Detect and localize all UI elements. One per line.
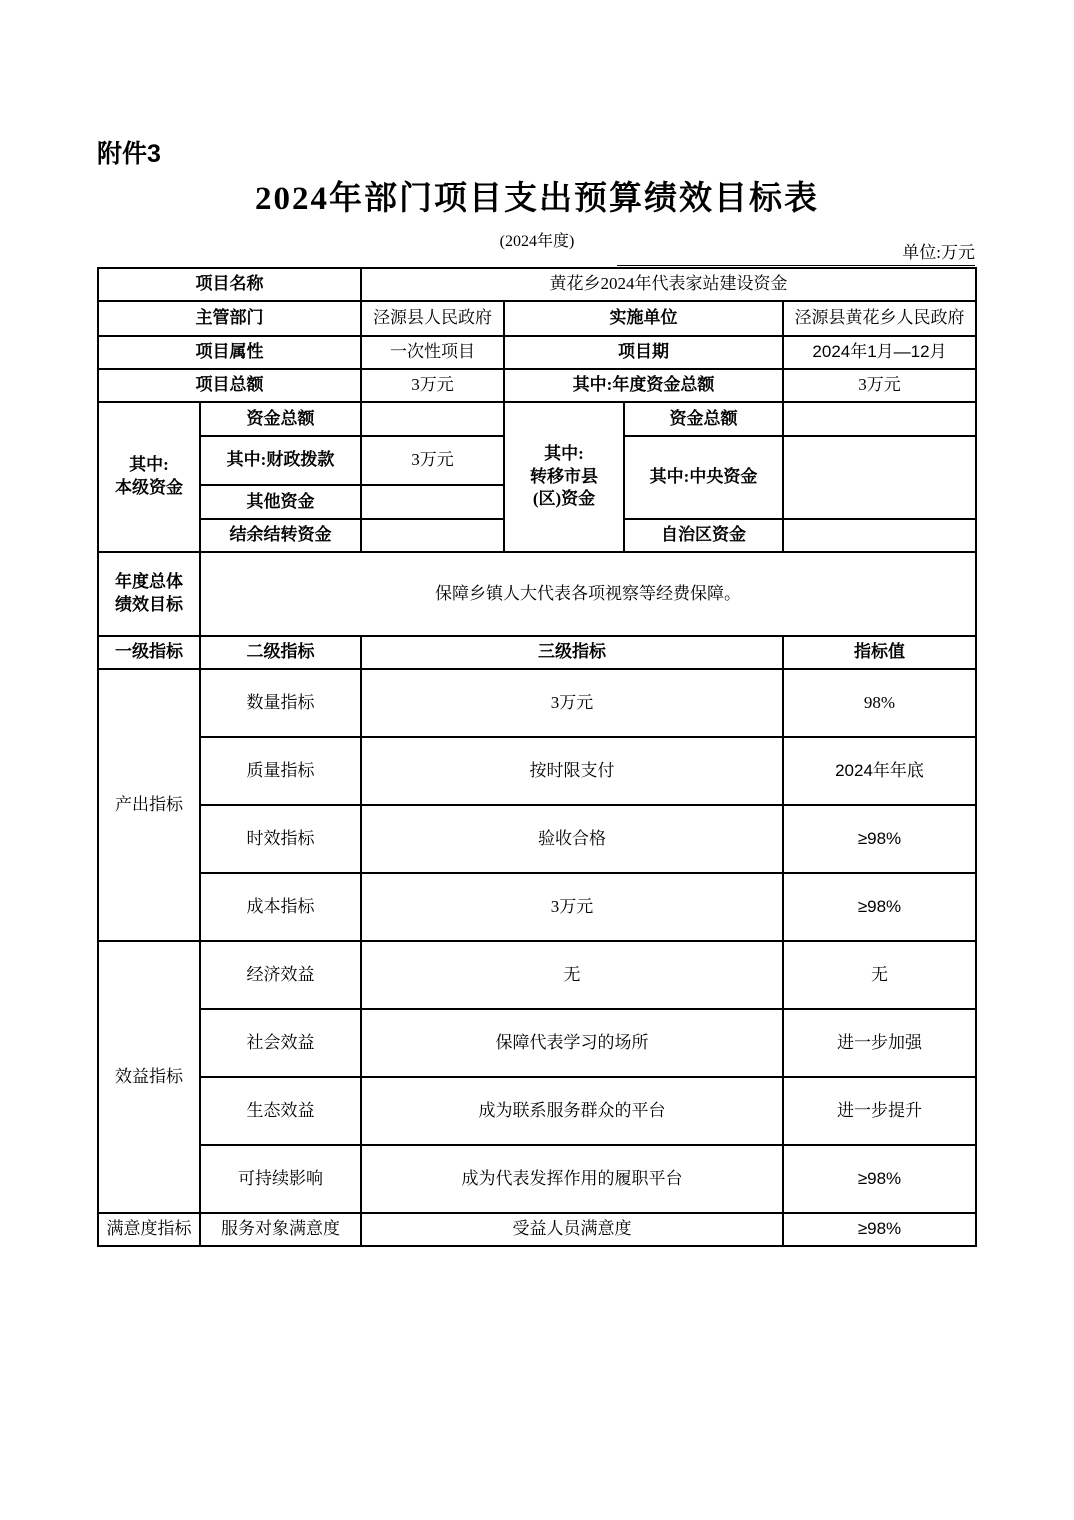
value-cell: ≥98% bbox=[783, 1213, 976, 1246]
local-funds-total-value bbox=[361, 402, 504, 436]
l3-cell: 受益人员满意度 bbox=[361, 1213, 783, 1246]
value-cell: 进一步加强 bbox=[783, 1009, 976, 1077]
fiscal-allocation-label: 其中:财政拨款 bbox=[200, 436, 361, 485]
l2-cell: 生态效益 bbox=[200, 1077, 361, 1145]
table-row: 质量指标 按时限支付 2024年年底 bbox=[98, 737, 976, 805]
other-funds-label: 其他资金 bbox=[200, 485, 361, 519]
transfer-funds-total-value bbox=[783, 402, 976, 436]
l2-cell: 时效指标 bbox=[200, 805, 361, 873]
table-row: 成本指标 3万元 ≥98% bbox=[98, 873, 976, 941]
transfer-funds-total-label: 资金总额 bbox=[624, 402, 783, 436]
impl-unit-value: 泾源县黄花乡人民政府 bbox=[783, 301, 976, 336]
region-funds-value bbox=[783, 519, 976, 552]
other-funds-value bbox=[361, 485, 504, 519]
period-label: 项目期 bbox=[504, 336, 783, 369]
period-value: 2024年1月—12月 bbox=[783, 336, 976, 369]
table-row: 效益指标 经济效益 无 无 bbox=[98, 941, 976, 1009]
value-cell: 2024年年底 bbox=[783, 737, 976, 805]
header-level2: 二级指标 bbox=[200, 636, 361, 669]
attribute-label: 项目属性 bbox=[98, 336, 361, 369]
row-project-name: 项目名称 黄花乡2024年代表家站建设资金 bbox=[98, 268, 976, 301]
project-name-label: 项目名称 bbox=[98, 268, 361, 301]
row-attribute: 项目属性 一次性项目 项目期 2024年1月—12月 bbox=[98, 336, 976, 369]
table-row: 生态效益 成为联系服务群众的平台 进一步提升 bbox=[98, 1077, 976, 1145]
l3-cell: 3万元 bbox=[361, 873, 783, 941]
l3-cell: 成为代表发挥作用的履职平台 bbox=[361, 1145, 783, 1213]
value-cell: 98% bbox=[783, 669, 976, 737]
region-funds-label: 自治区资金 bbox=[624, 519, 783, 552]
annual-goal-label: 年度总体 绩效目标 bbox=[98, 552, 200, 636]
row-indicator-header: 一级指标 二级指标 三级指标 指标值 bbox=[98, 636, 976, 669]
l3-cell: 无 bbox=[361, 941, 783, 1009]
table-row: 可持续影响 成为代表发挥作用的履职平台 ≥98% bbox=[98, 1145, 976, 1213]
total-label: 项目总额 bbox=[98, 369, 361, 402]
table-row: 满意度指标 服务对象满意度 受益人员满意度 ≥98% bbox=[98, 1213, 976, 1246]
local-funds-label: 其中: 本级资金 bbox=[98, 402, 200, 552]
central-funds-label: 其中:中央资金 bbox=[624, 436, 783, 519]
value-cell: ≥98% bbox=[783, 873, 976, 941]
table-row: 社会效益 保障代表学习的场所 进一步加强 bbox=[98, 1009, 976, 1077]
l2-cell: 成本指标 bbox=[200, 873, 361, 941]
output-indicators-label: 产出指标 bbox=[98, 669, 200, 941]
l2-cell: 服务对象满意度 bbox=[200, 1213, 361, 1246]
value-cell: 进一步提升 bbox=[783, 1077, 976, 1145]
l2-cell: 数量指标 bbox=[200, 669, 361, 737]
value-cell: ≥98% bbox=[783, 805, 976, 873]
dept-label: 主管部门 bbox=[98, 301, 361, 336]
local-funds-total-label: 资金总额 bbox=[200, 402, 361, 436]
l3-cell: 成为联系服务群众的平台 bbox=[361, 1077, 783, 1145]
table-row: 产出指标 数量指标 3万元 98% bbox=[98, 669, 976, 737]
l3-cell: 3万元 bbox=[361, 669, 783, 737]
header-level3: 三级指标 bbox=[361, 636, 783, 669]
annual-total-value: 3万元 bbox=[783, 369, 976, 402]
header-level1: 一级指标 bbox=[98, 636, 200, 669]
unit-note: 单位:万元 bbox=[617, 238, 975, 266]
l3-cell: 按时限支付 bbox=[361, 737, 783, 805]
satisfaction-indicators-label: 满意度指标 bbox=[98, 1213, 200, 1246]
row-funds-1: 其中: 本级资金 资金总额 其中: 转移市县 (区)资金 资金总额 bbox=[98, 402, 976, 436]
l2-cell: 经济效益 bbox=[200, 941, 361, 1009]
performance-target-table: 项目名称 黄花乡2024年代表家站建设资金 主管部门 泾源县人民政府 实施单位 … bbox=[97, 267, 977, 1247]
annual-goal-value: 保障乡镇人大代表各项视察等经费保障。 bbox=[200, 552, 976, 636]
project-name-value: 黄花乡2024年代表家站建设资金 bbox=[361, 268, 976, 301]
value-cell: ≥98% bbox=[783, 1145, 976, 1213]
transfer-funds-label: 其中: 转移市县 (区)资金 bbox=[504, 402, 624, 552]
fiscal-allocation-value: 3万元 bbox=[361, 436, 504, 485]
central-funds-value bbox=[783, 436, 976, 519]
l3-cell: 保障代表学习的场所 bbox=[361, 1009, 783, 1077]
row-annual-goal: 年度总体 绩效目标 保障乡镇人大代表各项视察等经费保障。 bbox=[98, 552, 976, 636]
carryover-funds-value bbox=[361, 519, 504, 552]
l2-cell: 可持续影响 bbox=[200, 1145, 361, 1213]
document-title: 2024年部门项目支出预算绩效目标表 bbox=[0, 172, 1074, 219]
carryover-funds-label: 结余结转资金 bbox=[200, 519, 361, 552]
l2-cell: 质量指标 bbox=[200, 737, 361, 805]
header-value: 指标值 bbox=[783, 636, 976, 669]
benefit-indicators-label: 效益指标 bbox=[98, 941, 200, 1213]
table-row: 时效指标 验收合格 ≥98% bbox=[98, 805, 976, 873]
attribute-value: 一次性项目 bbox=[361, 336, 504, 369]
row-dept: 主管部门 泾源县人民政府 实施单位 泾源县黄花乡人民政府 bbox=[98, 301, 976, 336]
total-value: 3万元 bbox=[361, 369, 504, 402]
l3-cell: 验收合格 bbox=[361, 805, 783, 873]
annual-total-label: 其中:年度资金总额 bbox=[504, 369, 783, 402]
row-total: 项目总额 3万元 其中:年度资金总额 3万元 bbox=[98, 369, 976, 402]
value-cell: 无 bbox=[783, 941, 976, 1009]
impl-unit-label: 实施单位 bbox=[504, 301, 783, 336]
dept-value: 泾源县人民政府 bbox=[361, 301, 504, 336]
l2-cell: 社会效益 bbox=[200, 1009, 361, 1077]
attachment-label: 附件3 bbox=[97, 134, 161, 170]
